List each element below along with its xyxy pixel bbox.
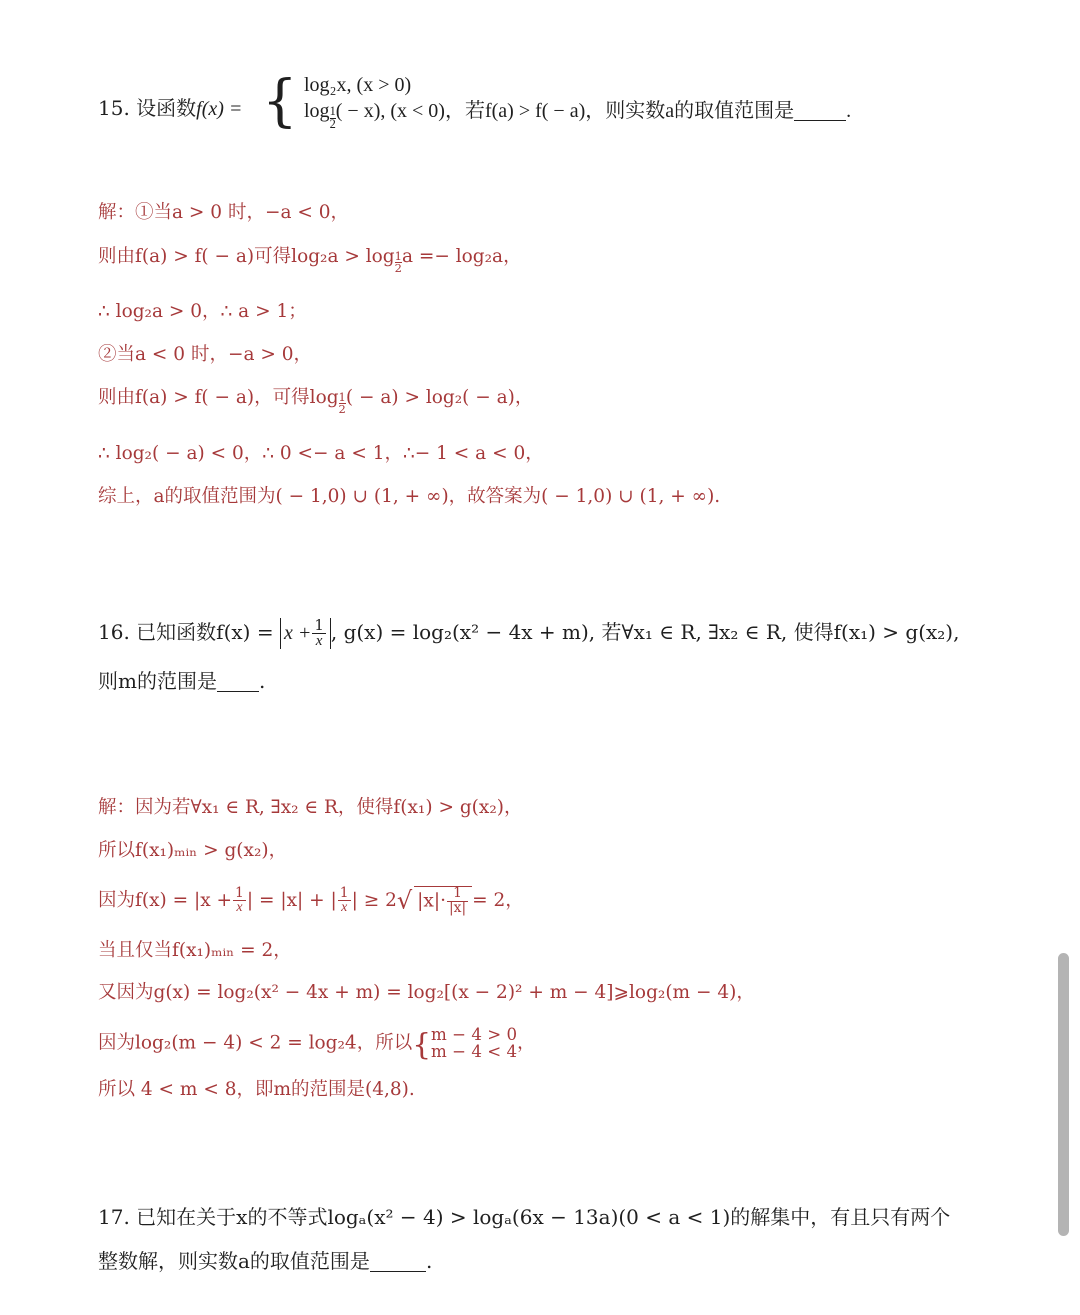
sol16-line1: 解：因为若∀x₁ ∈ R, ∃x₂ ∈ R，使得f(x₁) > g(x₂)， (98, 795, 522, 821)
q15-number: 15. (98, 96, 130, 120)
sol16-line2: 所以f(x₁)ₘᵢₙ > g(x₂)， (98, 838, 287, 864)
sol16-line7: 所以 4 < m < 8，即m的范围是(4,8). (98, 1077, 415, 1103)
fraction-1-over-x: 1x (233, 887, 246, 916)
sqrt-sign-icon: √ (397, 886, 412, 914)
abs-value: x +1x (280, 618, 331, 649)
vertical-scrollbar-thumb[interactable] (1058, 953, 1069, 1236)
brace-icon: { (412, 1028, 431, 1062)
sol15-line1: 解：①当a > 0 时，−a < 0， (98, 200, 349, 226)
sol15-line6: ∴ log₂( − a) < 0，∴ 0 <− a < 1，∴− 1 < a <… (98, 441, 544, 467)
case-system: m − 4 > 0m − 4 < 4 (431, 1027, 517, 1060)
q15-func: f(x) = (196, 98, 242, 120)
sol16-line6: 因为log₂(m − 4) < 2 = log₂4，所以{m − 4 > 0m … (98, 1027, 536, 1060)
q15-brace: { (262, 72, 298, 132)
fraction-1-over-x: 1x (312, 618, 326, 649)
sol15-line7: 综上，a的取值范围为( − 1,0) ∪ (1, + ∞)，故答案为( − 1,… (98, 484, 720, 510)
q15-lead: 15. 设函数f(x) = (98, 95, 242, 122)
sol15-line5: 则由f(a) > f( − a)，可得log12( − a) > log₂( −… (98, 385, 533, 415)
document-page: 15. 设函数f(x) = { log₂x, (x > 0) log12( − … (0, 0, 1080, 1315)
sol16-line3: 因为f(x) = |x +1x| = |x| + |1x| ≥ 2√|x|·1|… (98, 886, 524, 916)
answer-blank (794, 100, 846, 121)
sol15-line4: ②当a < 0 时，−a > 0， (98, 342, 312, 368)
fraction-one-half: 12 (395, 251, 402, 274)
sol16-line4: 当且仅当f(x₁)ₘᵢₙ = 2， (98, 938, 292, 964)
sol15-line3: ∴ log₂a > 0，∴ a > 1； (98, 299, 307, 325)
sqrt-radicand: |x|·1|x| (414, 886, 472, 916)
q15-intro: 设函数 (136, 96, 196, 120)
q16-line1: 16. 已知函数f(x) = x +1x, g(x) = log₂(x² − 4… (98, 618, 959, 649)
q17-line1: 17. 已知在关于x的不等式logₐ(x² − 4) > logₐ(6x − 1… (98, 1204, 950, 1230)
q15-case2: log12( − x), (x < 0)，若f(a) > f( − a)，则实数… (304, 98, 851, 131)
q16-line2: 则m的范围是. (98, 668, 265, 694)
sol16-line5: 又因为g(x) = log₂(x² − 4x + m) = log₂[(x − … (98, 980, 755, 1006)
fraction-one-half: 12 (339, 392, 346, 415)
q15-case1: log₂x, (x > 0) (304, 72, 411, 98)
answer-blank (217, 671, 259, 692)
fraction-1-over-x: 1x (338, 887, 351, 916)
answer-blank (370, 1251, 426, 1272)
q17-line2: 整数解，则实数a的取值范围是. (98, 1248, 432, 1274)
q15-condition: 若f(a) > f( − a)，则实数a的取值范围是 (465, 100, 794, 122)
sol15-line2: 则由f(a) > f( − a)可得log₂a > log12a =− log₂… (98, 244, 522, 274)
